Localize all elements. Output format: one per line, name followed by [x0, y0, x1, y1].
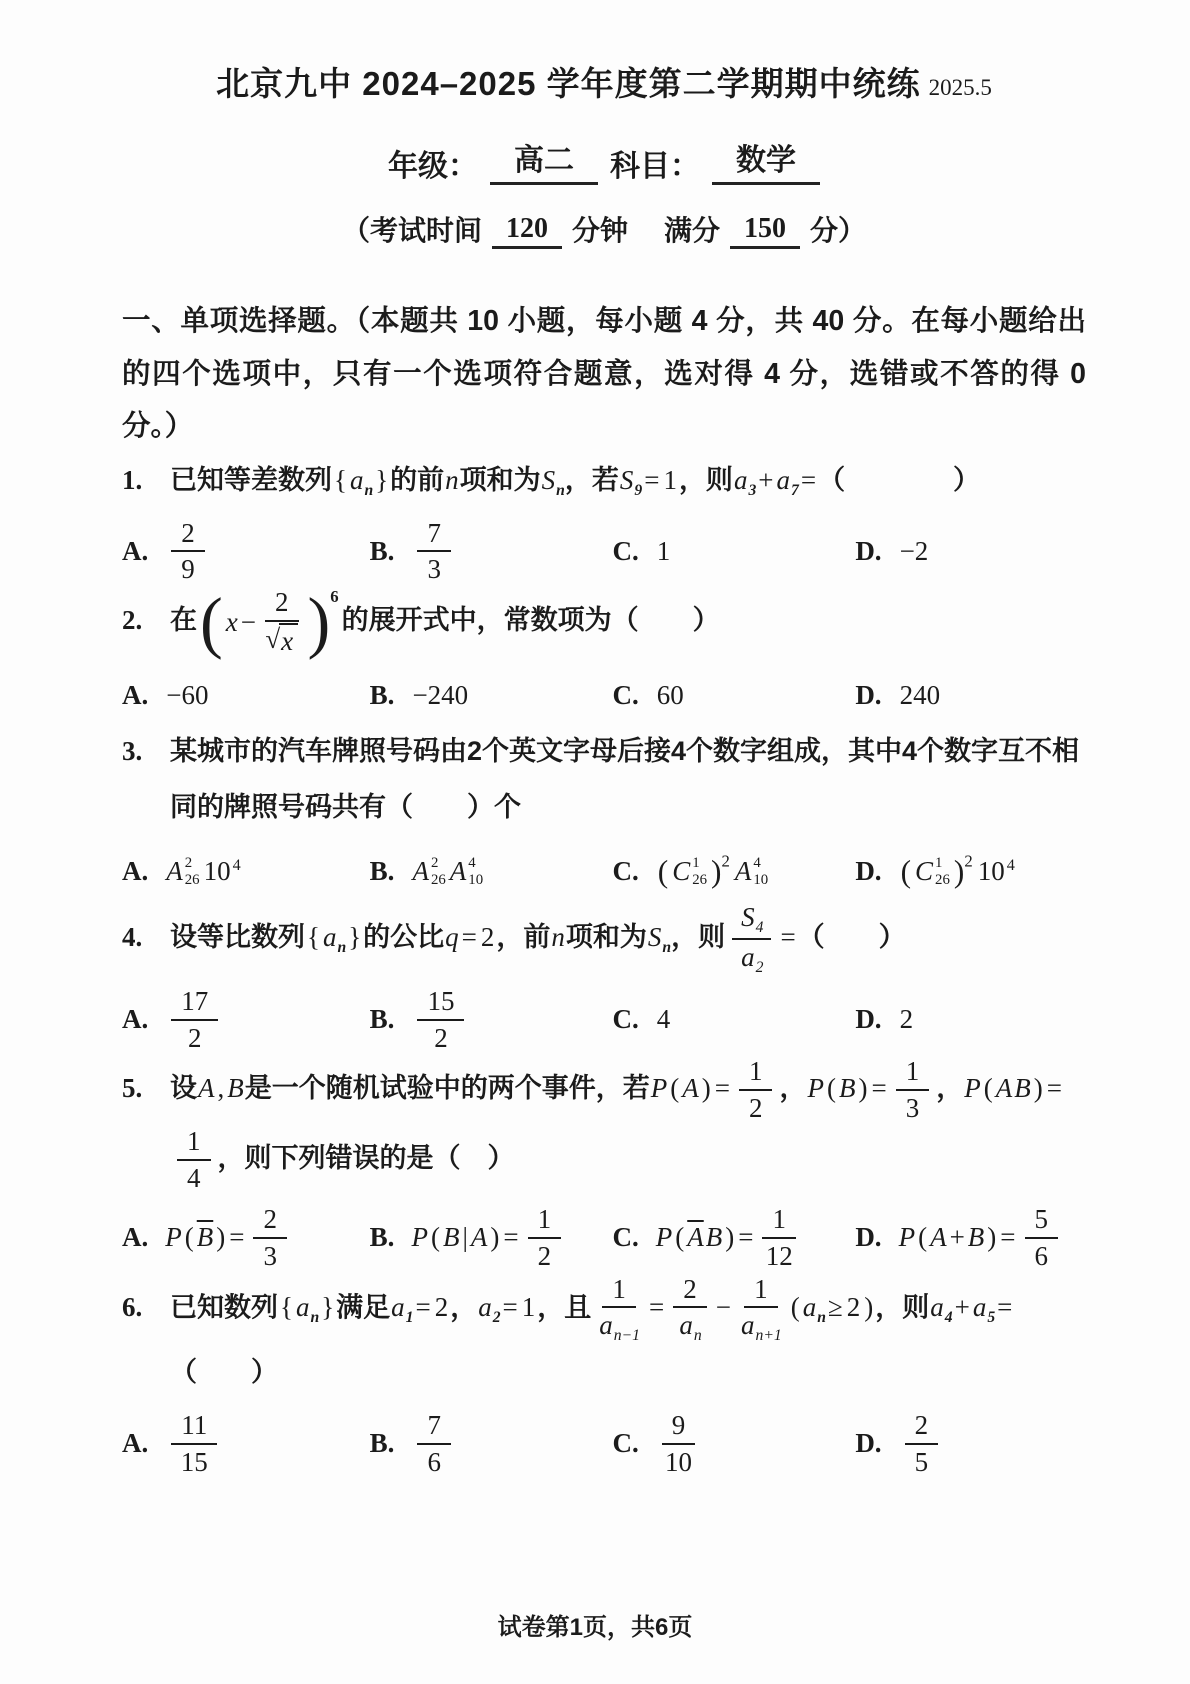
overlined-variable: B: [197, 1222, 214, 1253]
fraction-numerator: 11: [171, 1409, 217, 1445]
fraction-numerator: 1: [762, 1203, 796, 1239]
option-label: D.: [855, 856, 881, 887]
option: B.P(B|A)=12: [370, 1203, 613, 1273]
option-value: 1115: [164, 1409, 224, 1479]
option-value: 2: [898, 1004, 916, 1035]
math-roman: 2: [481, 922, 495, 952]
math-roman: 15: [427, 985, 454, 1018]
math-roman: 1: [906, 1055, 920, 1088]
math-variable: P: [165, 1222, 182, 1253]
math-roman: −: [716, 1292, 731, 1322]
fraction-numerator: 1: [739, 1055, 773, 1091]
math-roman: }: [348, 922, 361, 952]
math-roman: ): [987, 1222, 996, 1253]
math-roman: 2: [538, 1240, 552, 1273]
math-roman: =: [415, 1292, 430, 1322]
fraction-numerator: S4: [732, 901, 771, 940]
subscripted-variable: a7: [776, 465, 799, 495]
option-label: B.: [370, 680, 395, 711]
question-block: 3.某城市的汽车牌照号码由2个英文字母后接4个数字组成，其中4个数字互不相同的牌…: [122, 724, 1086, 901]
fraction: 76: [417, 1409, 451, 1479]
fraction-numerator: 2: [673, 1273, 707, 1309]
text-run: ，若: [565, 465, 619, 495]
text-run: 在: [170, 605, 197, 635]
math-roman: (: [827, 1073, 836, 1103]
fraction-numerator: 7: [417, 1409, 451, 1445]
subscripted-variable: an−1: [598, 1309, 640, 1345]
fraction-numerator: 2: [905, 1409, 939, 1445]
math-roman: 2: [900, 1004, 914, 1035]
math-variable: n: [551, 922, 565, 952]
text-run: （ ）: [170, 1357, 278, 1387]
fraction-denominator: an+1: [740, 1308, 782, 1345]
parenthesized-expression: (C126)2: [658, 855, 730, 888]
text-run: ，则下列错误的是（ ）: [218, 1143, 515, 1173]
page-title: 北京九中 2024–2025 学年度第二学期期中统练2025.5: [122, 58, 1086, 105]
fraction-denominator: an: [678, 1308, 701, 1345]
fraction-numerator: 2: [253, 1203, 287, 1239]
option-label: D.: [855, 1428, 881, 1459]
option-value: (C126)2A410: [655, 855, 770, 888]
fraction-numerator: 9: [662, 1409, 696, 1445]
exponent: 6: [330, 580, 338, 614]
question-number: 1.: [122, 453, 170, 508]
overlined-variable: A: [687, 1222, 704, 1253]
text-run: ，则: [671, 922, 725, 952]
footer-page-number: 试卷第1页，共6页: [0, 1607, 1190, 1642]
fraction: 13: [896, 1055, 930, 1125]
question-stem: 5.设A,B是一个随机试验中的两个事件，若P(A)=12，P(B)=13，P(A…: [122, 1055, 1086, 1195]
subscripted-variable: a5: [972, 1292, 995, 1322]
fraction-numerator: 1: [177, 1125, 211, 1161]
math-roman: 5: [915, 1446, 929, 1479]
fraction: 12: [528, 1203, 562, 1273]
text-run: 项和为: [460, 465, 541, 495]
exam-info-line: （考试时间 120 分钟 满分 150 分）: [122, 209, 1086, 249]
option-row: A.−60B.−240C.60D.240: [122, 666, 1086, 724]
question-block: 6.已知数列{an}满足a1=2，a2=1，且1an−1=2an−1an+1(a…: [122, 1273, 1086, 1479]
option-label: C.: [612, 856, 638, 887]
math-roman: +: [758, 465, 773, 495]
exam-info-mid1: 分钟: [572, 209, 628, 249]
option: D.240: [855, 666, 1086, 724]
math-roman: (: [984, 1073, 993, 1103]
math-roman: 1: [754, 1273, 768, 1306]
text-run: 的展开式中，常数项为（ ）: [342, 605, 720, 635]
option: A.A226104: [122, 843, 370, 901]
option: D.−2: [855, 517, 1086, 587]
question-number: 5.: [122, 1061, 170, 1116]
option-value: 29: [164, 517, 212, 587]
question-stem-text: 设A,B是一个随机试验中的两个事件，若P(A)=12，P(B)=13，P(AB)…: [170, 1055, 1086, 1195]
fraction-denominator: 9: [179, 552, 197, 586]
math-roman: ): [864, 1292, 873, 1322]
option-label: D.: [855, 536, 881, 567]
math-roman: +: [950, 1222, 965, 1253]
math-roman: (: [185, 1222, 194, 1253]
exam-paper-page: 北京九中 2024–2025 学年度第二学期期中统练2025.5 年级： 高二 …: [0, 0, 1190, 1684]
math-roman: −60: [166, 680, 208, 711]
option: B.152: [370, 985, 613, 1055]
math-roman: +: [955, 1292, 970, 1322]
option-label: C.: [612, 536, 638, 567]
math-variable: A: [198, 1073, 215, 1103]
exam-score-value: 150: [730, 213, 800, 249]
math-roman: (: [918, 1222, 927, 1253]
math-roman: 3: [906, 1092, 920, 1125]
math-roman: 3: [427, 553, 441, 586]
grade-subject-line: 年级： 高二 科目： 数学: [122, 135, 1086, 185]
option-value: −2: [898, 536, 931, 567]
fraction-numerator: 1: [744, 1273, 778, 1309]
fraction-numerator: 15: [417, 985, 464, 1021]
fraction-denominator: 2: [186, 1021, 204, 1055]
text-run: ，: [936, 1073, 963, 1103]
math-roman: 7: [427, 1409, 441, 1442]
math-roman: 15: [181, 1446, 208, 1479]
option-label: A.: [122, 1222, 148, 1253]
question-stem-text: 某城市的汽车牌照号码由2个英文字母后接4个数字组成，其中4个数字互不相同的牌照号…: [170, 724, 1086, 835]
text-run: 的前: [390, 465, 444, 495]
math-roman: }: [375, 465, 388, 495]
subscripted-variable: a2: [477, 1292, 500, 1322]
option-label: A.: [122, 856, 148, 887]
question-block: 1.已知等差数列{an}的前n项和为Sn，若S9=1，则a3+a7=（ ）A.2…: [122, 453, 1086, 586]
paper-header: 北京九中 2024–2025 学年度第二学期期中统练2025.5 年级： 高二 …: [122, 58, 1086, 249]
fraction-denominator: 12: [764, 1239, 795, 1273]
exam-info-prefix: （考试时间: [342, 209, 482, 249]
math-roman: 1: [663, 465, 677, 495]
fraction-denominator: 4: [185, 1161, 203, 1195]
sup-sub-symbol: A226: [412, 855, 445, 888]
math-roman: =: [462, 922, 477, 952]
subscripted-variable: an+1: [740, 1309, 782, 1345]
option-value: P(AB)=112: [655, 1203, 803, 1273]
sup-sub-symbol: C126: [672, 855, 707, 888]
section-heading: 一、单项选择题。（本题共 10 小题，每小题 4 分，共 40 分。在每小题给出…: [122, 295, 1086, 453]
fraction: 56: [1025, 1203, 1059, 1273]
math-roman: ): [490, 1222, 499, 1253]
text-run: ，: [779, 1073, 806, 1103]
math-roman: 1: [612, 1273, 626, 1306]
fraction-numerator: 5: [1025, 1203, 1059, 1239]
subscripted-variable: a2: [740, 941, 763, 977]
fraction: 910: [662, 1409, 696, 1479]
option-label: D.: [855, 680, 881, 711]
option-row: A.P(B)=23B.P(B|A)=12C.P(AB)=112D.P(A+B)=…: [122, 1203, 1086, 1273]
math-variable: P: [899, 1222, 916, 1253]
math-roman: (: [791, 1292, 800, 1322]
math-variable: A: [930, 1222, 947, 1253]
math-roman: 4: [187, 1162, 201, 1195]
option-value: P(A+B)=56: [898, 1203, 1065, 1273]
superscripted-number: 104: [202, 856, 241, 887]
subscripted-variable: a3: [733, 465, 756, 495]
math-roman: =: [801, 465, 816, 495]
question-block: 2.在(x−2√x)6的展开式中，常数项为（ ）A.−60B.−240C.60D…: [122, 586, 1086, 724]
option-label: C.: [612, 1222, 638, 1253]
math-roman: ): [725, 1222, 734, 1253]
fraction-numerator: 1: [528, 1203, 562, 1239]
math-roman: 3: [263, 1240, 277, 1273]
subscripted-variable: a4: [929, 1292, 952, 1322]
question-number: 4.: [122, 910, 170, 965]
option-label: C.: [612, 1428, 638, 1459]
text-run: ，则: [875, 1292, 929, 1322]
question-number: 2.: [122, 593, 170, 648]
math-roman: 9: [181, 553, 195, 586]
option: A.1115: [122, 1409, 370, 1479]
fraction-denominator: an−1: [598, 1308, 640, 1345]
math-roman: 1: [657, 536, 671, 567]
option-label: A.: [122, 1004, 148, 1035]
option-label: D.: [855, 1222, 881, 1253]
math-variable: x: [226, 595, 238, 650]
math-roman: 2: [181, 517, 195, 550]
subscripted-variable: an: [802, 1292, 826, 1322]
math-variable: P: [656, 1222, 673, 1253]
subscripted-variable: S4: [740, 901, 763, 937]
fraction: S4a2: [732, 901, 771, 977]
option-value: 152: [410, 985, 471, 1055]
math-roman: =: [738, 1222, 753, 1253]
math-variable: B: [839, 1073, 856, 1103]
question-stem-text: 已知数列{an}满足a1=2，a2=1，且1an−1=2an−1an+1(an≥…: [170, 1273, 1086, 1401]
option-row: A.1115B.76C.910D.25: [122, 1409, 1086, 1479]
fraction-denominator: 5: [913, 1445, 931, 1479]
math-roman: 17: [181, 985, 208, 1018]
math-roman: 4: [657, 1004, 671, 1035]
fraction-denominator: 10: [663, 1445, 694, 1479]
subscripted-variable: an: [322, 922, 346, 952]
text-run: ，前: [496, 922, 550, 952]
exam-info-mid2: 满分: [664, 209, 720, 249]
text-run: 已知数列: [170, 1292, 278, 1322]
option-label: C.: [612, 680, 638, 711]
option-value: A226A410: [410, 855, 485, 888]
subject-value: 数学: [712, 135, 820, 185]
fraction-numerator: 2: [265, 586, 299, 622]
text-run: 设: [170, 1073, 197, 1103]
math-roman: 12: [766, 1240, 793, 1273]
parenthesized-expression: (x−2√x)6: [200, 586, 339, 658]
math-roman: =: [871, 1073, 886, 1103]
math-roman: =: [1047, 1073, 1062, 1103]
fraction: 29: [171, 517, 205, 587]
math-roman: 240: [900, 680, 941, 711]
question-stem: 1.已知等差数列{an}的前n项和为Sn，若S9=1，则a3+a7=（ ）: [122, 453, 1086, 508]
math-variable: A: [682, 1073, 699, 1103]
math-roman: =: [715, 1073, 730, 1103]
option-value: A226104: [164, 855, 240, 888]
math-roman: 60: [657, 680, 684, 711]
option-value: P(B)=23: [164, 1203, 294, 1273]
math-roman: =: [229, 1222, 244, 1253]
text-run: ，: [450, 1292, 477, 1322]
math-roman: {: [334, 465, 347, 495]
fraction-denominator: 2: [432, 1021, 450, 1055]
question-list: 1.已知等差数列{an}的前n项和为Sn，若S9=1，则a3+a7=（ ）A.2…: [122, 453, 1086, 1479]
option: C.60: [612, 666, 855, 724]
option-row: A.A226104B.A226A410C.(C126)2A410D.(C126)…: [122, 843, 1086, 901]
math-roman: =: [503, 1292, 518, 1322]
text-run: 设等比数列: [170, 922, 305, 952]
option: D.P(A+B)=56: [855, 1203, 1086, 1273]
math-variable: B: [227, 1073, 244, 1103]
option-label: B.: [370, 1222, 395, 1253]
subscripted-variable: Sn: [541, 465, 565, 495]
question-number: 3.: [122, 724, 170, 779]
math-roman: 7: [427, 517, 441, 550]
question-stem: 2.在(x−2√x)6的展开式中，常数项为（ ）: [122, 586, 1086, 658]
option: B.76: [370, 1409, 613, 1479]
option-value: −240: [410, 680, 470, 711]
square-root: √x: [265, 623, 298, 658]
math-variable: P: [964, 1073, 981, 1103]
math-roman: =: [997, 1292, 1012, 1322]
question-stem-text: 已知等差数列{an}的前n项和为Sn，若S9=1，则a3+a7=（ ）: [170, 453, 1086, 508]
math-roman: 2: [683, 1273, 697, 1306]
fraction: 172: [171, 985, 218, 1055]
option: A.−60: [122, 666, 370, 724]
option-row: A.172B.152C.4D.2: [122, 985, 1086, 1055]
fraction-denominator: 2: [747, 1091, 765, 1125]
fraction-denominator: 3: [425, 552, 443, 586]
option-value: P(B|A)=12: [410, 1203, 568, 1273]
option-value: 4: [655, 1004, 673, 1035]
math-roman: −2: [900, 536, 929, 567]
math-variable: B: [1014, 1073, 1031, 1103]
math-variable: B: [443, 1222, 460, 1253]
fraction: 1115: [171, 1409, 217, 1479]
math-variable: q: [445, 922, 459, 952]
question-stem: 4.设等比数列{an}的公比q=2，前n项和为Sn，则S4a2=（ ）: [122, 901, 1086, 977]
text-run: （ ）: [818, 465, 980, 495]
option: D.(C126)2104: [855, 843, 1086, 901]
math-variable: P: [411, 1222, 428, 1253]
option: B.−240: [370, 666, 613, 724]
math-roman: ): [702, 1073, 711, 1103]
question-stem: 3.某城市的汽车牌照号码由2个英文字母后接4个数字组成，其中4个数字互不相同的牌…: [122, 724, 1086, 835]
superscripted-number: 104: [976, 856, 1015, 887]
option-label: C.: [612, 1004, 638, 1035]
option-value: 60: [655, 680, 686, 711]
fraction: 12: [739, 1055, 773, 1125]
text-run: 满足: [336, 1292, 390, 1322]
option-value: 240: [898, 680, 943, 711]
option-value: 910: [655, 1409, 703, 1479]
math-roman: {: [280, 1292, 293, 1322]
math-roman: ): [858, 1073, 867, 1103]
radical-sign: √: [265, 623, 280, 656]
math-roman: |: [462, 1222, 467, 1253]
page-title-text: 北京九中 2024–2025 学年度第二学期期中统练: [216, 65, 921, 102]
exam-time-value: 120: [492, 213, 562, 249]
math-roman: −240: [412, 680, 468, 711]
option: B.A226A410: [370, 843, 613, 901]
math-roman: 2: [263, 1203, 277, 1236]
math-roman: 9: [672, 1409, 686, 1442]
math-roman: 5: [1035, 1203, 1049, 1236]
option-label: B.: [370, 1004, 395, 1035]
fraction: 1an−1: [598, 1273, 640, 1346]
math-roman: (: [675, 1222, 684, 1253]
math-variable: A: [471, 1222, 488, 1253]
math-roman: =: [644, 465, 659, 495]
grade-label: 年级：: [388, 141, 478, 185]
fraction-numerator: 1: [896, 1055, 930, 1091]
math-roman: }: [321, 1292, 334, 1322]
fraction-denominator: 3: [904, 1091, 922, 1125]
option-value: 1: [655, 536, 673, 567]
math-variable: n: [445, 465, 459, 495]
grade-value: 高二: [490, 135, 598, 185]
math-roman: 1: [749, 1055, 763, 1088]
fraction: 1an+1: [740, 1273, 782, 1346]
math-roman: =: [503, 1222, 518, 1253]
parenthesized-expression: (C126)2: [901, 855, 973, 888]
text-run: （ ）: [798, 922, 906, 952]
math-roman: ): [216, 1222, 225, 1253]
math-roman: 1: [538, 1203, 552, 1236]
exam-info-suffix: 分）: [810, 209, 866, 249]
fraction: 23: [253, 1203, 287, 1273]
option-value: (C126)2104: [898, 855, 1015, 888]
sup-sub-symbol: C126: [915, 855, 950, 888]
option-label: B.: [370, 1428, 395, 1459]
question-block: 5.设A,B是一个随机试验中的两个事件，若P(A)=12，P(B)=13，P(A…: [122, 1055, 1086, 1273]
math-roman: 1: [522, 1292, 536, 1322]
subscripted-variable: S9: [619, 465, 642, 495]
math-roman: ,: [218, 1073, 225, 1103]
math-roman: 6: [1035, 1240, 1049, 1273]
fraction-numerator: 17: [171, 985, 218, 1021]
subscripted-variable: an: [349, 465, 373, 495]
math-roman: =: [780, 922, 795, 952]
option-label: A.: [122, 680, 148, 711]
subscripted-variable: an: [295, 1292, 319, 1322]
fraction-numerator: 7: [417, 517, 451, 553]
question-block: 4.设等比数列{an}的公比q=2，前n项和为Sn，则S4a2=（ ）A.172…: [122, 901, 1086, 1055]
fraction: 73: [417, 517, 451, 587]
sup-sub-symbol: A410: [450, 855, 483, 888]
math-roman: 11: [181, 1409, 207, 1442]
math-variable: P: [807, 1073, 824, 1103]
question-stem: 6.已知数列{an}满足a1=2，a2=1，且1an−1=2an−1an+1(a…: [122, 1273, 1086, 1401]
math-roman: 10: [665, 1446, 692, 1479]
text-run: 的公比: [363, 922, 444, 952]
text-run: 某城市的汽车牌照号码由2个英文字母后接4个数字组成，其中4个数字互不相同的牌照号…: [170, 736, 1079, 821]
option: C.910: [612, 1409, 855, 1479]
math-roman: 1: [187, 1125, 201, 1158]
math-variable: B: [968, 1222, 985, 1253]
option-value: 25: [898, 1409, 946, 1479]
text-run: 项和为: [566, 922, 647, 952]
option: A.29: [122, 517, 370, 587]
option-row: A.29B.73C.1D.−2: [122, 517, 1086, 587]
option-value: 76: [410, 1409, 458, 1479]
option: D.2: [855, 985, 1086, 1055]
fraction-denominator: a2: [740, 940, 763, 977]
math-roman: 2: [847, 1292, 861, 1322]
option: C.1: [612, 517, 855, 587]
fraction-denominator: 15: [179, 1445, 210, 1479]
question-stem-text: 在(x−2√x)6的展开式中，常数项为（ ）: [170, 586, 1086, 658]
math-roman: =: [1000, 1222, 1015, 1253]
math-roman: 6: [427, 1446, 441, 1479]
fraction: 2an: [673, 1273, 707, 1346]
math-roman: 2: [275, 586, 289, 619]
